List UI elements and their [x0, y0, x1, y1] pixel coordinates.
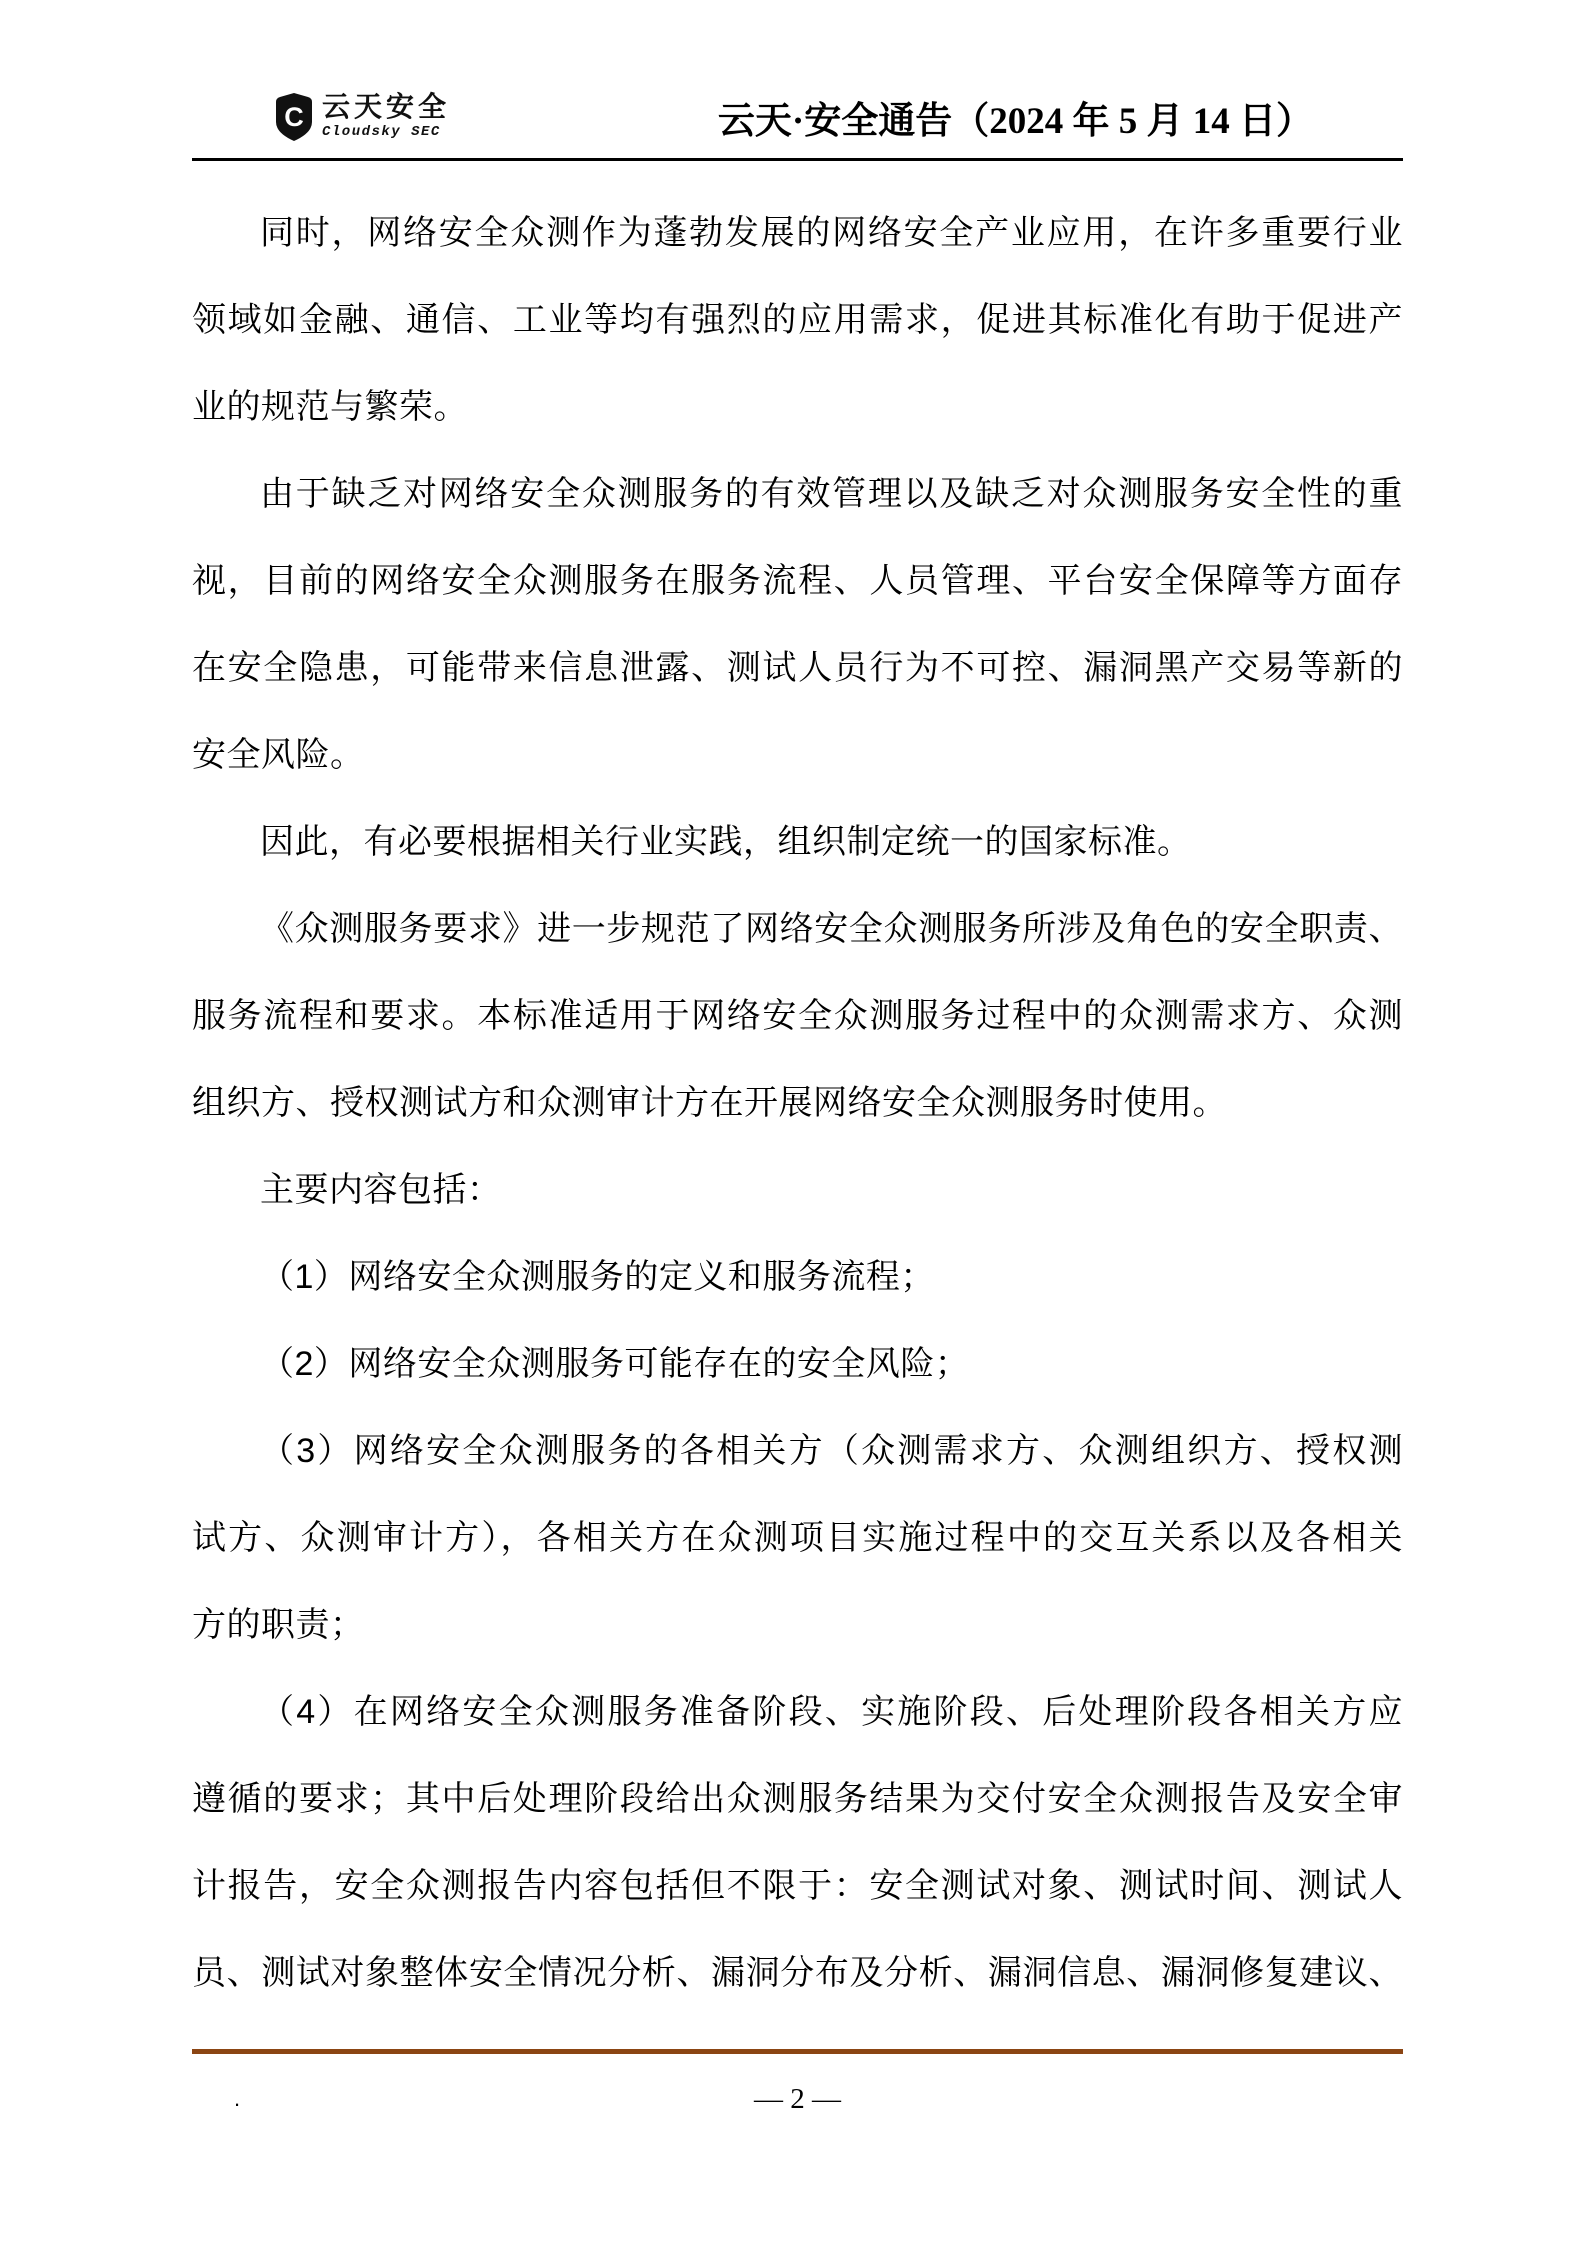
body-line: 组织方、授权测试方和众测审计方在开展网络安全众测服务时使用。	[192, 1060, 1403, 1147]
body-line: （2）网络安全众测服务可能存在的安全风险；	[192, 1321, 1403, 1408]
body-line: 主要内容包括：	[192, 1147, 1403, 1234]
body-line: 方的职责；	[192, 1582, 1403, 1669]
svg-text:C: C	[284, 102, 304, 132]
body-line: 计报告，安全众测报告内容包括但不限于：安全测试对象、测试时间、测试人	[192, 1843, 1403, 1930]
footer-rule	[192, 2049, 1403, 2054]
logo-name-cn: 云天安全	[322, 92, 450, 121]
body-line: 安全风险。	[192, 712, 1403, 799]
body-line: （1）网络安全众测服务的定义和服务流程；	[192, 1234, 1403, 1321]
shield-c-icon: C	[275, 92, 313, 142]
body-line: 因此，有必要根据相关行业实践，组织制定统一的国家标准。	[192, 799, 1403, 886]
body-line: 试方、众测审计方），各相关方在众测项目实施过程中的交互关系以及各相关	[192, 1495, 1403, 1582]
body-line: （4）在网络安全众测服务准备阶段、实施阶段、后处理阶段各相关方应	[192, 1669, 1403, 1756]
body-line: 视，目前的网络安全众测服务在服务流程、人员管理、平台安全保障等方面存	[192, 538, 1403, 625]
body-line: 服务流程和要求。本标准适用于网络安全众测服务过程中的众测需求方、众测	[192, 973, 1403, 1060]
body-line: 《众测服务要求》进一步规范了网络安全众测服务所涉及角色的安全职责、	[192, 886, 1403, 973]
logo-name-en: Cloudsky SEC	[322, 124, 450, 140]
header-rule	[192, 158, 1403, 161]
body-line: 领域如金融、通信、工业等均有强烈的应用需求，促进其标准化有助于促进产	[192, 277, 1403, 364]
document-body: 同时，网络安全众测作为蓬勃发展的网络安全产业应用，在许多重要行业领域如金融、通信…	[192, 190, 1403, 2017]
logo-text: 云天安全 Cloudsky SEC	[322, 92, 450, 140]
body-line: 员、测试对象整体安全情况分析、漏洞分布及分析、漏洞信息、漏洞修复建议、	[192, 1930, 1403, 2017]
body-line: 同时，网络安全众测作为蓬勃发展的网络安全产业应用，在许多重要行业	[192, 190, 1403, 277]
page-number: — 2 —	[192, 2083, 1403, 2116]
body-line: 遵循的要求；其中后处理阶段给出众测服务结果为交付安全众测报告及安全审	[192, 1756, 1403, 1843]
cloudsky-logo: C 云天安全 Cloudsky SEC	[275, 92, 450, 142]
body-line: 业的规范与繁荣。	[192, 364, 1403, 451]
header-title: 云天·安全通告（2024 年 5 月 14 日）	[718, 102, 1313, 143]
document-page: C 云天安全 Cloudsky SEC 云天·安全通告（2024 年 5 月 1…	[0, 0, 1587, 2245]
body-line: （3）网络安全众测服务的各相关方（众测需求方、众测组织方、授权测	[192, 1408, 1403, 1495]
body-line: 在安全隐患，可能带来信息泄露、测试人员行为不可控、漏洞黑产交易等新的	[192, 625, 1403, 712]
body-line: 由于缺乏对网络安全众测服务的有效管理以及缺乏对众测服务安全性的重	[192, 451, 1403, 538]
